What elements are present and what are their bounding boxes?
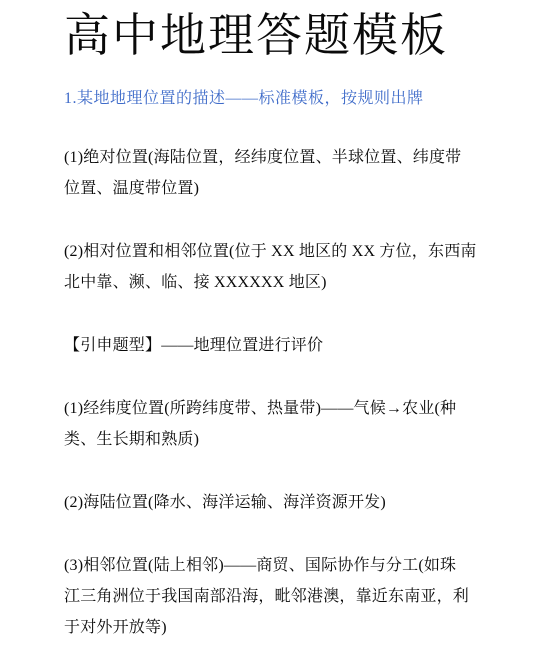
document-title: 高中地理答题模板 [64, 10, 488, 62]
paragraph-line: (2)相对位置和相邻位置(位于 XX 地区的 XX 方位，东西南 [64, 236, 488, 267]
paragraph-line: (1)绝对位置(海陆位置，经纬度位置、半球位置、纬度带 [64, 142, 488, 173]
paragraph-latitude-position: (1)经纬度位置(所跨纬度带、热量带)——气候→农业(种 类、生长期和熟质) [64, 393, 488, 455]
paragraph-line: 江三角洲位于我国南部沿海，毗邻港澳，靠近东南亚，利 [64, 581, 488, 612]
paragraph-absolute-position: (1)绝对位置(海陆位置，经纬度位置、半球位置、纬度带 位置、温度带位置) [64, 142, 488, 204]
paragraph-extension-topic: 【引申题型】——地理位置进行评价 [64, 330, 488, 361]
paragraph-sea-land-position: (2)海陆位置(降水、海洋运输、海洋资源开发) [64, 487, 488, 518]
paragraph-line: 于对外开放等) [64, 612, 488, 643]
paragraph-line: (1)经纬度位置(所跨纬度带、热量带)——气候→农业(种 [64, 393, 488, 424]
paragraph-relative-position: (2)相对位置和相邻位置(位于 XX 地区的 XX 方位，东西南 北中靠、濒、临… [64, 236, 488, 298]
paragraph-line: (3)相邻位置(陆上相邻)——商贸、国际协作与分工(如珠 [64, 550, 488, 581]
document-page: 高中地理答题模板 1.某地地理位置的描述——标准模板，按规则出牌 (1)绝对位置… [0, 0, 544, 659]
paragraph-line: 位置、温度带位置) [64, 173, 488, 204]
paragraph-line: (2)海陆位置(降水、海洋运输、海洋资源开发) [64, 487, 488, 518]
paragraph-line: 类、生长期和熟质) [64, 424, 488, 455]
paragraph-line: 北中靠、濒、临、接 XXXXXX 地区) [64, 267, 488, 298]
paragraph-line: 【引申题型】——地理位置进行评价 [64, 330, 488, 361]
section-heading: 1.某地地理位置的描述——标准模板，按规则出牌 [64, 88, 488, 110]
paragraph-adjacent-position: (3)相邻位置(陆上相邻)——商贸、国际协作与分工(如珠 江三角洲位于我国南部沿… [64, 550, 488, 643]
